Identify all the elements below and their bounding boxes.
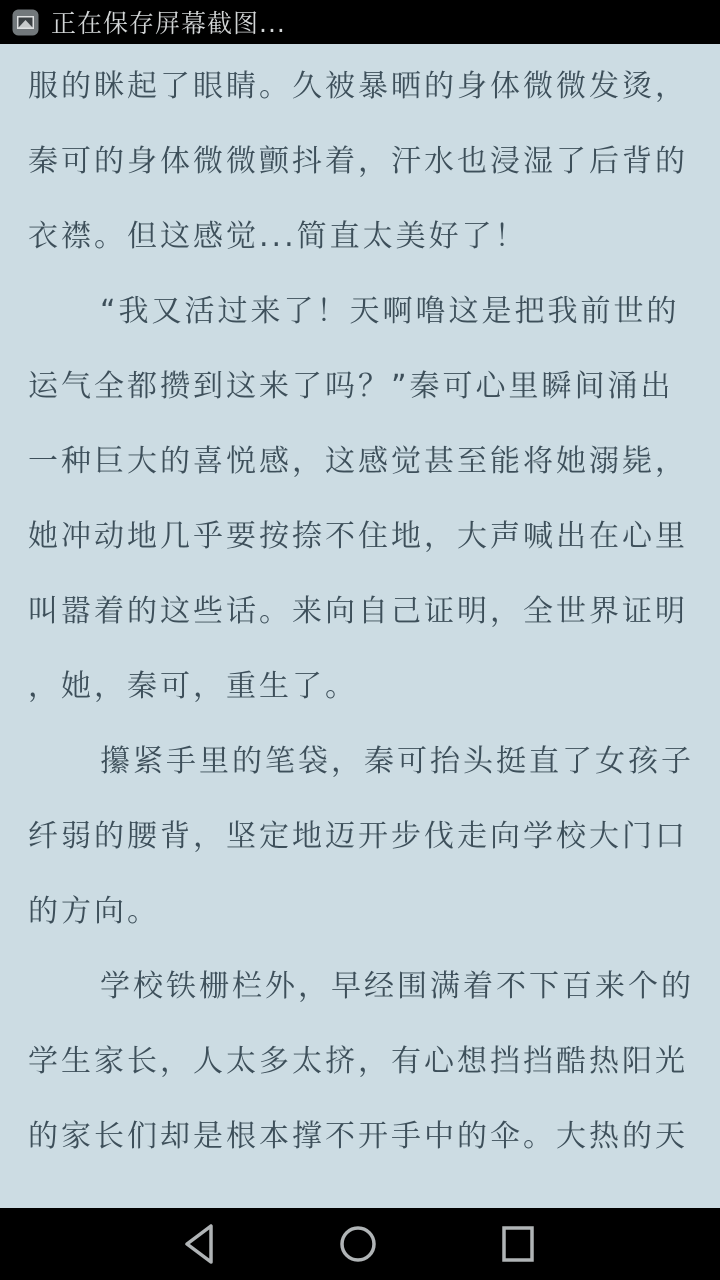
novel-text-line: 一种巨大的喜悦感，这感觉甚至能将她溺毙，: [28, 424, 692, 499]
novel-text-line: 运气全都攒到这来了吗？”秦可心里瞬间涌出: [28, 349, 692, 424]
novel-text-line: 攥紧手里的笔袋，秦可抬头挺直了女孩子: [28, 724, 692, 799]
novel-text-line: ，她，秦可，重生了。: [28, 649, 692, 724]
android-nav-bar: [0, 1208, 720, 1280]
screenshot-saving-icon: [12, 9, 39, 36]
home-button[interactable]: [328, 1208, 388, 1280]
novel-text-line: 衣襟。但这感觉...简直太美好了！: [28, 199, 692, 274]
novel-text-line: 的家长们却是根本撑不开手中的伞。大热的天: [28, 1099, 692, 1174]
novel-text-line: 服的眯起了眼睛。久被暴晒的身体微微发烫，: [28, 49, 692, 124]
novel-text-line: 她冲动地几乎要按捺不住地，大声喊出在心里: [28, 499, 692, 574]
novel-text-line: 纤弱的腰背，坚定地迈开步伐走向学校大门口: [28, 799, 692, 874]
novel-text-line: 学生家长，人太多太挤，有心想挡挡酷热阳光: [28, 1024, 692, 1099]
novel-text-line: 叫嚣着的这些话。来向自己证明，全世界证明: [28, 574, 692, 649]
home-circle-icon: [338, 1224, 378, 1264]
novel-text-line: 学校铁栅栏外，早经围满着不下百来个的: [28, 949, 692, 1024]
back-button[interactable]: [170, 1208, 230, 1280]
back-triangle-icon: [182, 1222, 218, 1266]
status-notification-text: 正在保存屏幕截图...: [51, 4, 286, 40]
recents-square-icon: [500, 1224, 536, 1264]
novel-text-line: 的方向。: [28, 874, 692, 949]
recents-button[interactable]: [488, 1208, 548, 1280]
ebook-reader-page[interactable]: 服的眯起了眼睛。久被暴晒的身体微微发烫， 秦可的身体微微颤抖着，汗水也浸湿了后背…: [0, 44, 720, 1208]
novel-text-line: “我又活过来了！天啊噜这是把我前世的: [28, 274, 692, 349]
phone-screen: 正在保存屏幕截图... 服的眯起了眼睛。久被暴晒的身体微微发烫， 秦可的身体微微…: [0, 0, 720, 1280]
status-bar: 正在保存屏幕截图...: [0, 0, 720, 44]
novel-text-line: 秦可的身体微微颤抖着，汗水也浸湿了后背的: [28, 124, 692, 199]
